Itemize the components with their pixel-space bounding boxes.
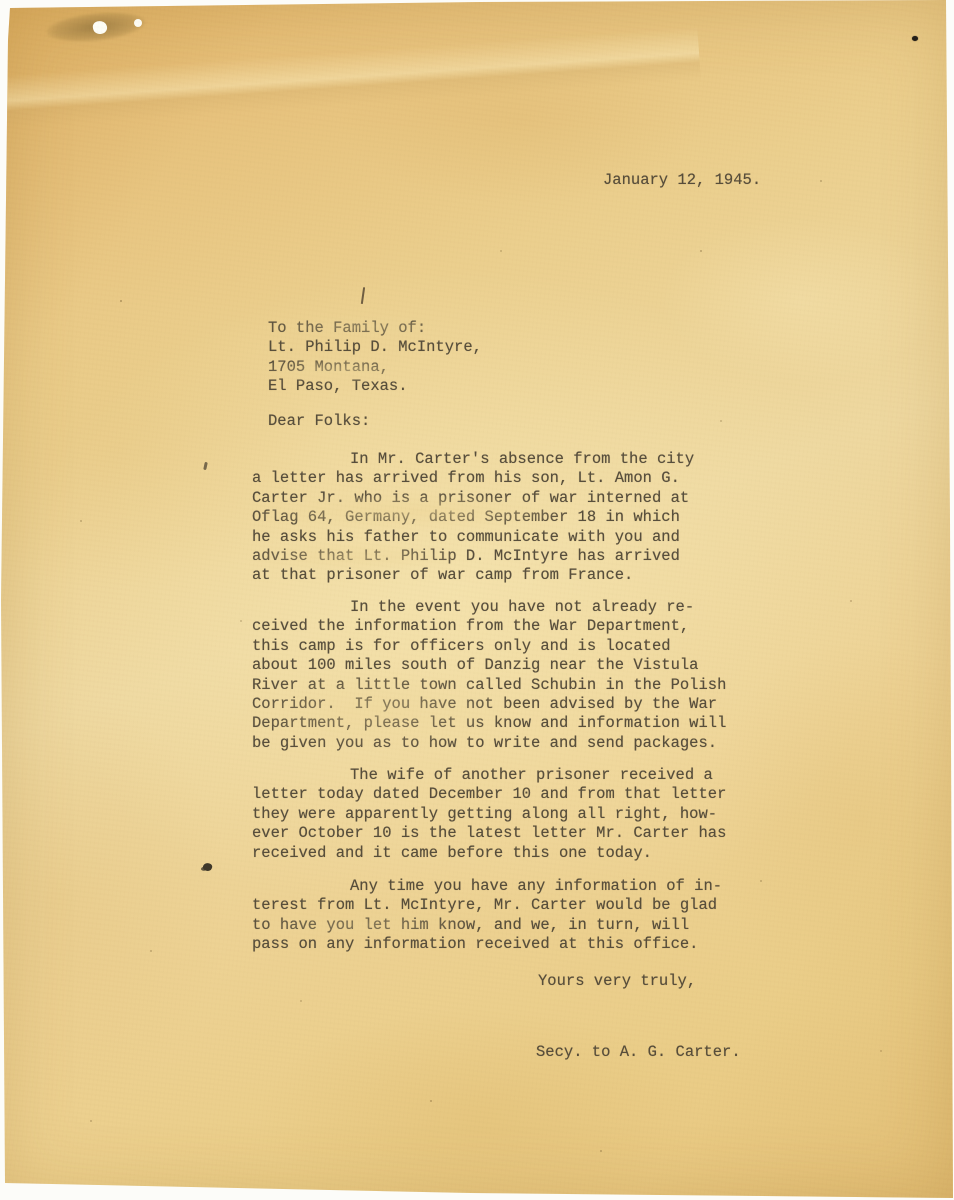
complimentary-closing: Yours very truly, (538, 972, 696, 991)
scanned-letter-page: January 12, 1945. To the Family of: Lt. … (0, 0, 954, 1200)
paper-crease (0, 27, 701, 131)
torn-paper-speck (134, 19, 142, 27)
smudge-mark (45, 8, 147, 46)
pen-tick-mark (203, 462, 208, 470)
signature-line: Secy. to A. G. Carter. (536, 1043, 741, 1062)
ink-blot (202, 862, 213, 873)
stray-typed-stroke (361, 287, 365, 304)
letter-paper: January 12, 1945. To the Family of: Lt. … (0, 0, 954, 1200)
salutation: Dear Folks: (268, 412, 370, 431)
recipient-address-block: To the Family of: Lt. Philip D. McIntyre… (268, 319, 482, 397)
paragraph-2: In the event you have not already re- ce… (252, 598, 726, 753)
paragraph-3: The wife of another prisoner received a … (252, 766, 726, 863)
torn-paper-speck (92, 20, 108, 36)
ink-dot (912, 36, 918, 41)
paper-specks (120, 300, 122, 302)
paragraph-1: In Mr. Carter's absence from the city a … (252, 450, 694, 586)
letter-date: January 12, 1945. (603, 171, 761, 190)
paragraph-4: Any time you have any information of in-… (252, 877, 722, 955)
